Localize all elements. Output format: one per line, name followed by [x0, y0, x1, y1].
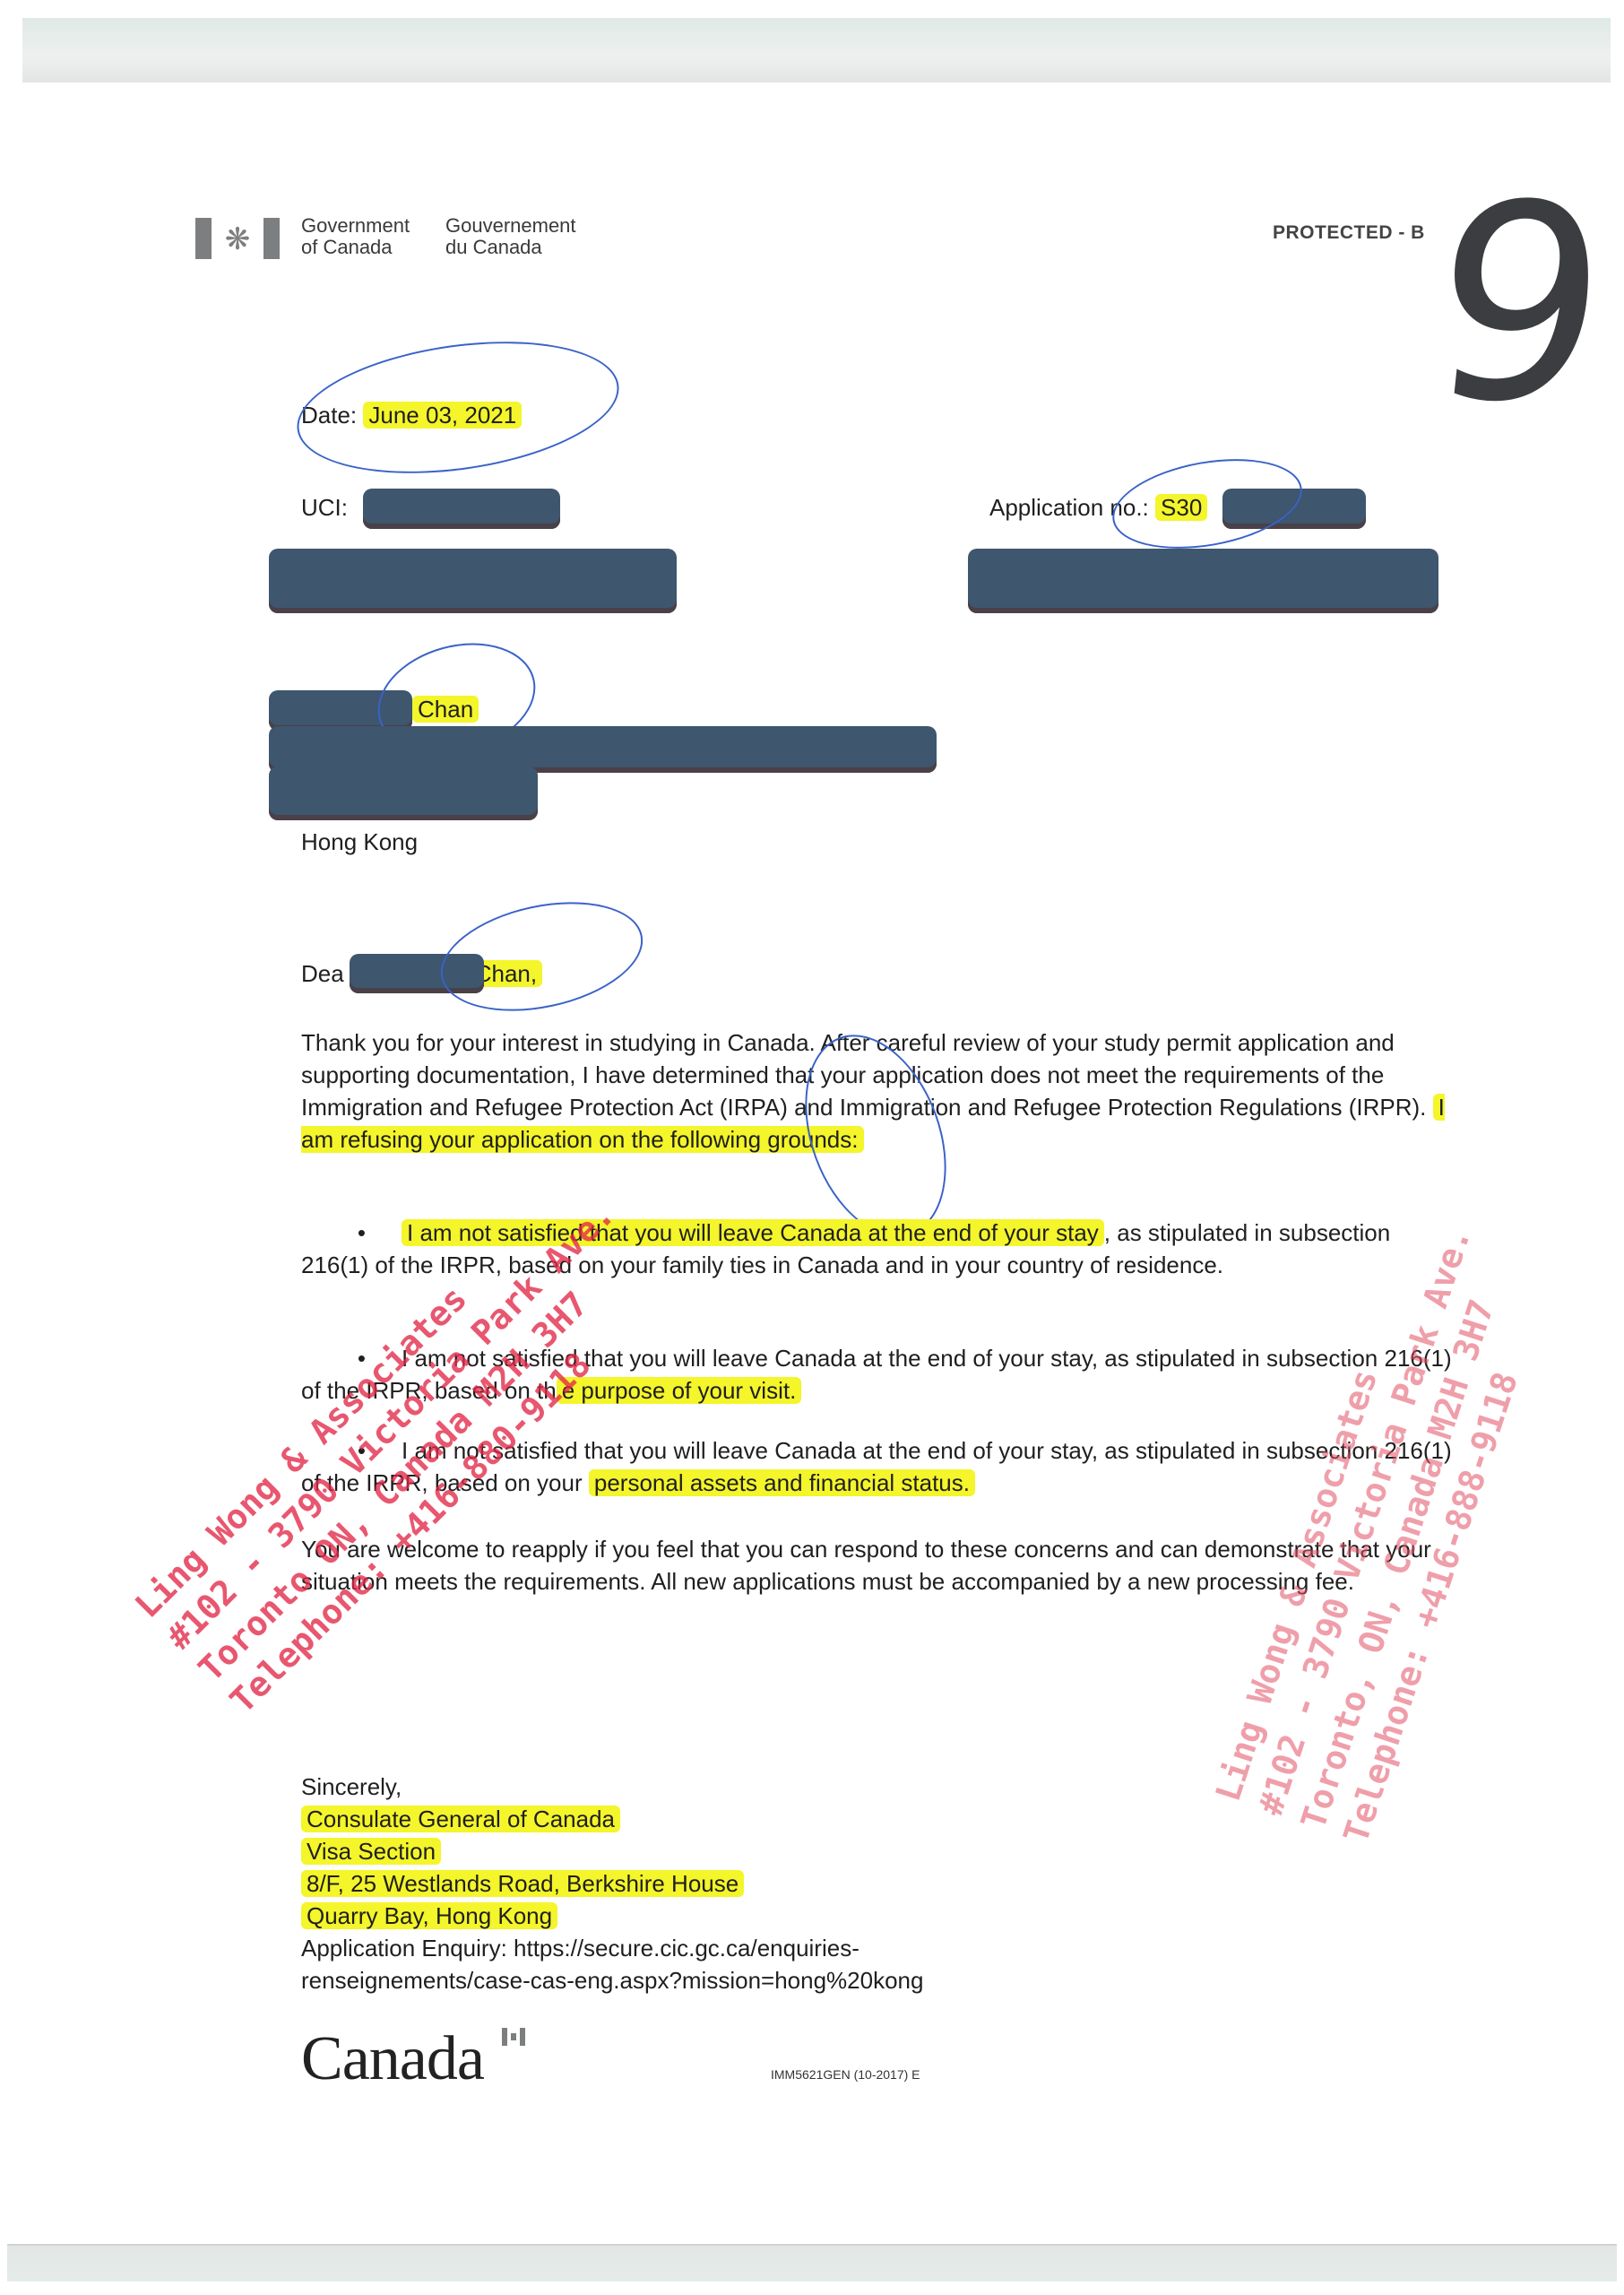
scan-band-top: [22, 18, 1611, 82]
wordmark-flag-icon: [502, 2028, 525, 2046]
classification-label: PROTECTED - B: [1273, 222, 1425, 244]
pen-circle-date: [289, 323, 627, 491]
stamp-right: Ling Wong & Associates #102 - 3790 Victo…: [1205, 1208, 1566, 1849]
gov-name-en: Governmentof Canada: [301, 215, 410, 258]
scan-band-bottom: [7, 2244, 1617, 2282]
redaction-uci: [363, 489, 560, 529]
canada-flag-icon: ❋: [195, 218, 280, 259]
handwritten-page-number: 9: [1420, 170, 1619, 439]
signoff: Sincerely,: [301, 1771, 402, 1803]
office-address: Consulate General of Canada Visa Section…: [301, 1803, 744, 1932]
uci-label: UCI:: [301, 491, 348, 524]
form-code: IMM5621GEN (10-2017) E: [771, 2067, 920, 2082]
pen-circle-salutation: [431, 885, 653, 1027]
redaction-address-right: [968, 549, 1438, 613]
canada-wordmark: Canada: [301, 2028, 484, 2091]
redaction-address-left: [269, 549, 677, 613]
pen-circle-application: [1105, 446, 1309, 562]
enquiry-link[interactable]: Application Enquiry: https://secure.cic.…: [301, 1932, 923, 1996]
gov-name-fr: Gouvernementdu Canada: [445, 215, 576, 258]
redaction-district: [269, 766, 538, 820]
recipient-city: Hong Kong: [301, 826, 418, 858]
